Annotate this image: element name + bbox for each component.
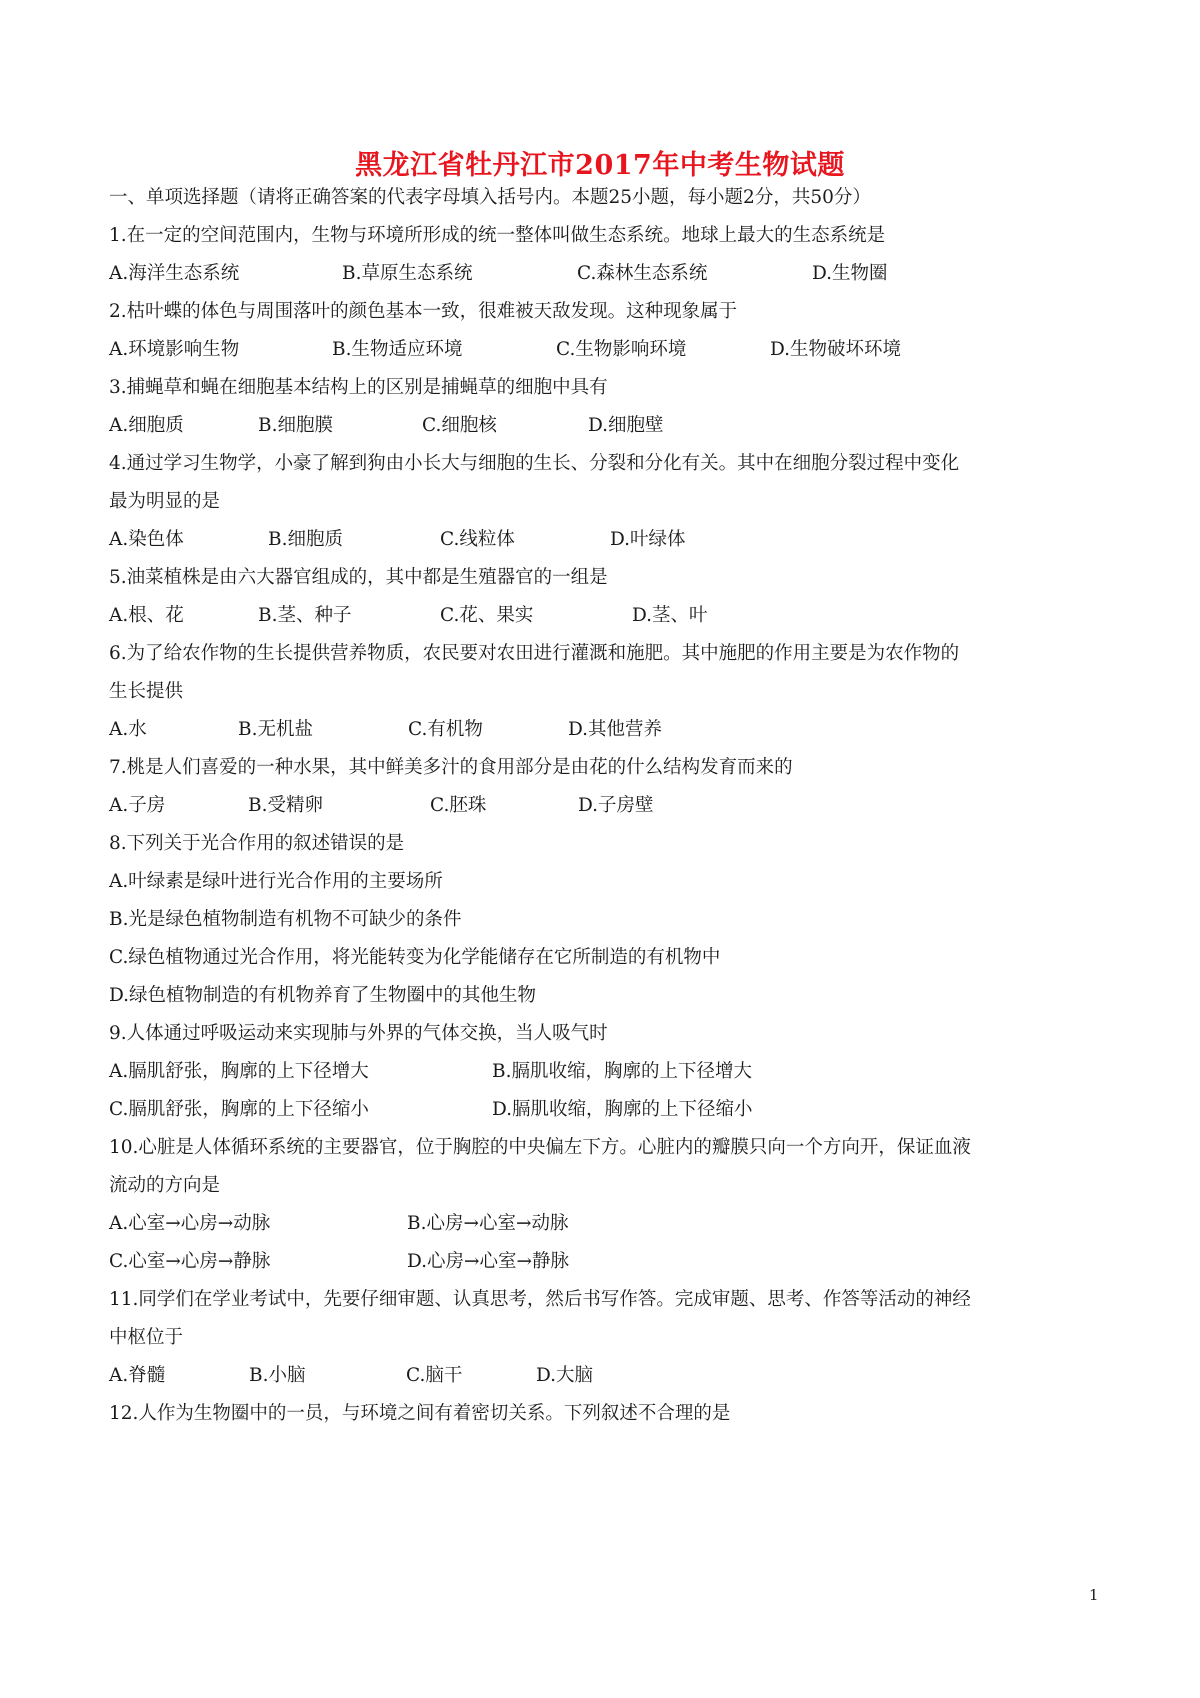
page-number: 1	[1089, 1586, 1099, 1604]
q11-option-a: A.脊髓	[109, 1364, 165, 1388]
q9-option-a: A.膈肌舒张，胸廓的上下径增大	[109, 1060, 369, 1084]
q10-option-c: C.心室→心房→静脉	[109, 1250, 270, 1274]
section-header: 一、单项选择题（请将正确答案的代表字母填入括号内。本题25小题，每小题2分，共5…	[109, 186, 871, 210]
q5-option-a: A.根、花	[109, 604, 184, 628]
q5-option-d: D.茎、叶	[632, 604, 708, 628]
q6-option-c: C.有机物	[408, 718, 483, 742]
q1-option-a: A.海洋生态系统	[109, 262, 239, 286]
q7-option-b: B.受精卵	[248, 794, 323, 818]
q6-option-b: B.无机盐	[238, 718, 313, 742]
question-12-stem: 12.人作为生物圈中的一员，与环境之间有着密切关系。下列叙述不合理的是	[109, 1402, 730, 1426]
q4-option-a: A.染色体	[109, 528, 184, 552]
q7-option-d: D.子房壁	[578, 794, 654, 818]
q8-option-c: C.绿色植物通过光合作用，将光能转变为化学能储存在它所制造的有机物中	[109, 946, 720, 970]
question-10-stem-line-2: 流动的方向是	[109, 1174, 220, 1198]
q8-option-d: D.绿色植物制造的有机物养育了生物圈中的其他生物	[109, 984, 536, 1008]
question-8-stem: 8.下列关于光合作用的叙述错误的是	[109, 832, 404, 856]
question-3-stem: 3.捕蝇草和蝇在细胞基本结构上的区别是捕蝇草的细胞中具有	[109, 376, 608, 400]
document-title: 黑龙江省牡丹江市2017年中考生物试题	[0, 143, 1200, 182]
q9-option-d: D.膈肌收缩，胸廓的上下径缩小	[492, 1098, 753, 1122]
q1-option-b: B.草原生态系统	[342, 262, 472, 286]
q3-option-c: C.细胞核	[422, 414, 497, 438]
q2-option-b: B.生物适应环境	[332, 338, 462, 362]
q1-option-d: D.生物圈	[812, 262, 888, 286]
q6-option-a: A.水	[109, 718, 147, 742]
q7-option-c: C.胚珠	[430, 794, 486, 818]
question-11-stem-line-1: 11.同学们在学业考试中，先要仔细审题、认真思考，然后书写作答。完成审题、思考、…	[109, 1288, 971, 1312]
q5-option-c: C.花、果实	[440, 604, 533, 628]
q3-option-b: B.细胞膜	[258, 414, 333, 438]
q10-option-d: D.心房→心室→静脉	[407, 1250, 569, 1274]
question-6-stem-line-1: 6.为了给农作物的生长提供营养物质，农民要对农田进行灌溉和施肥。其中施肥的作用主…	[109, 642, 959, 666]
q2-option-a: A.环境影响生物	[109, 338, 239, 362]
q8-option-a: A.叶绿素是绿叶进行光合作用的主要场所	[109, 870, 443, 894]
q7-option-a: A.子房	[109, 794, 165, 818]
q6-option-d: D.其他营养	[568, 718, 662, 742]
question-10-stem-line-1: 10.心脏是人体循环系统的主要器官，位于胸腔的中央偏左下方。心脏内的瓣膜只向一个…	[109, 1136, 971, 1160]
q8-option-b: B.光是绿色植物制造有机物不可缺少的条件	[109, 908, 461, 932]
q4-option-b: B.细胞质	[268, 528, 343, 552]
question-9-stem: 9.人体通过呼吸运动来实现肺与外界的气体交换，当人吸气时	[109, 1022, 608, 1046]
q5-option-b: B.茎、种子	[258, 604, 351, 628]
q10-option-a: A.心室→心房→动脉	[109, 1212, 270, 1236]
question-11-stem-line-2: 中枢位于	[109, 1326, 183, 1350]
question-2-stem: 2.枯叶蝶的体色与周围落叶的颜色基本一致，很难被天敌发现。这种现象属于	[109, 300, 737, 324]
question-5-stem: 5.油菜植株是由六大器官组成的，其中都是生殖器官的一组是	[109, 566, 608, 590]
q2-option-c: C.生物影响环境	[556, 338, 686, 362]
q2-option-d: D.生物破坏环境	[770, 338, 901, 362]
q4-option-d: D.叶绿体	[610, 528, 686, 552]
question-6-stem-line-2: 生长提供	[109, 680, 183, 704]
question-1-stem: 1.在一定的空间范围内，生物与环境所形成的统一整体叫做生态系统。地球上最大的生态…	[109, 224, 885, 248]
q11-option-d: D.大脑	[536, 1364, 593, 1388]
q10-option-b: B.心房→心室→动脉	[407, 1212, 568, 1236]
q11-option-c: C.脑干	[406, 1364, 462, 1388]
q4-option-c: C.线粒体	[440, 528, 515, 552]
q9-option-b: B.膈肌收缩，胸廓的上下径增大	[492, 1060, 752, 1084]
q11-option-b: B.小脑	[249, 1364, 305, 1388]
question-4-stem-line-1: 4.通过学习生物学，小豪了解到狗由小长大与细胞的生长、分裂和分化有关。其中在细胞…	[109, 452, 959, 476]
question-7-stem: 7.桃是人们喜爱的一种水果，其中鲜美多汁的食用部分是由花的什么结构发育而来的	[109, 756, 793, 780]
q3-option-d: D.细胞壁	[588, 414, 664, 438]
q9-option-c: C.膈肌舒张，胸廓的上下径缩小	[109, 1098, 369, 1122]
q1-option-c: C.森林生态系统	[577, 262, 707, 286]
q3-option-a: A.细胞质	[109, 414, 184, 438]
question-4-stem-line-2: 最为明显的是	[109, 490, 220, 514]
